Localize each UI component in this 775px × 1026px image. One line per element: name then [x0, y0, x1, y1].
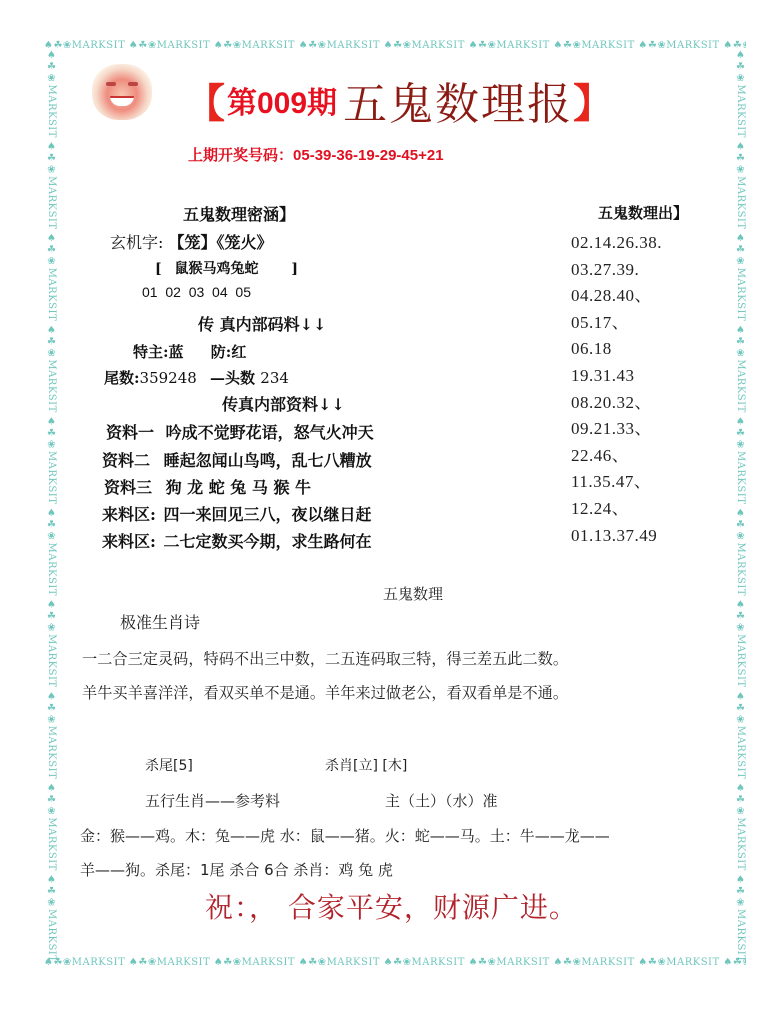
number-list-item: 19.31.43	[571, 363, 662, 390]
material-label: 资料一	[106, 423, 154, 442]
material-row: 来料区: 二七定数买今期，求生路何在	[102, 529, 372, 552]
title-bracket-right: 】	[573, 72, 613, 129]
publication-name: 五鬼数理报	[343, 68, 573, 132]
number-list-item: 01.13.37.49	[571, 523, 662, 550]
head-label: —头数	[210, 369, 255, 387]
poem-subheading: 极准生肖诗	[120, 610, 200, 633]
number-list-item: 04.28.40、	[571, 283, 662, 310]
blessing: 祝：， 合家平安，财源广进。	[205, 886, 578, 926]
avatar-icon	[92, 64, 152, 120]
decorative-border-right: ♠☘❀MARKSIT ♠☘❀MARKSIT ♠☘❀MARKSIT ♠☘❀MARK…	[733, 50, 747, 960]
material-row: 资料三 狗 龙 蛇 兔 马 猴 牛	[104, 475, 311, 498]
elements-line-2: 羊——狗。杀尾：1尾 杀合 6合 杀肖：鸡 兔 虎	[80, 859, 393, 880]
five-elements-title: 五行生肖——参考料	[145, 790, 280, 811]
tail-head-line: 尾数:359248 —头数 234	[104, 367, 289, 388]
number-list-item: 03.27.39.	[571, 257, 662, 284]
special-line: 特主:蓝 防:红	[133, 341, 246, 362]
tail-value: 359248	[140, 369, 197, 387]
zodiac-list: 鼠猴马鸡兔蛇	[175, 261, 259, 277]
number-list-item: 08.20.32、	[571, 390, 662, 417]
number-list: 02.14.26.38. 03.27.39. 04.28.40、 05.17、 …	[571, 230, 662, 549]
avatar-eye-left	[106, 82, 116, 86]
number-list-item: 09.21.33、	[571, 416, 662, 443]
material-row: 来料区: 四一来回见三八，夜以继日赶	[102, 502, 372, 525]
mystery-word-line: 玄机字: 【笼】《笼火》	[110, 230, 273, 253]
head-value: 234	[260, 369, 289, 387]
poem-line-2: 羊牛买羊喜洋洋，看双买单不是通。羊年来过做老公，看双看单是不通。	[82, 682, 568, 703]
fax-info-title: 传真内部资料↓↓	[222, 392, 345, 415]
left-section-title: 五鬼数理密涵】	[183, 202, 295, 225]
mystery-value: 【笼】《笼火》	[169, 233, 273, 252]
special-main-value: 蓝	[169, 343, 184, 361]
material-row: 资料一 吟成不觉野花语，怒气火冲天	[106, 420, 374, 443]
material-text: 二七定数买今期，求生路何在	[164, 532, 372, 551]
title-bracket-left: 【	[185, 72, 225, 129]
mystery-label: 玄机字:	[110, 233, 163, 252]
last-draw-label: 上期开奖号码：	[188, 147, 293, 164]
poem-heading: 五鬼数理	[383, 583, 443, 604]
special-main-label: 特主:	[133, 343, 169, 361]
avatar-mouth	[110, 96, 134, 106]
material-text: 狗 龙 蛇 兔 马 猴 牛	[166, 478, 311, 497]
zodiac-bracket-open: [	[155, 261, 162, 277]
elements-line-1: 金：猴——鸡。木：兔——虎 水：鼠——猪。火：蛇——马。土：牛——龙——	[80, 825, 610, 846]
zodiac-group: [ 鼠猴马鸡兔蛇 ]	[155, 258, 298, 278]
material-label: 资料二	[102, 451, 150, 470]
main-element: 主（土）（水）准	[385, 790, 498, 811]
avatar-eye-right	[128, 82, 138, 86]
material-row: 资料二 睡起忽闻山鸟鸣，乱七八糟放	[102, 448, 372, 471]
zodiac-bracket-close: ]	[291, 261, 298, 277]
last-draw-line: 上期开奖号码：05-39-36-19-29-45+21	[188, 144, 444, 165]
decorative-border-top: ♠☘❀MARKSIT ♠☘❀MARKSIT ♠☘❀MARKSIT ♠☘❀MARK…	[44, 39, 746, 53]
kill-tail: 杀尾[5]	[145, 755, 193, 775]
material-label: 资料三	[104, 478, 152, 497]
number-list-item: 22.46、	[571, 443, 662, 470]
decorative-border-bottom: ♠☘❀MARKSIT ♠☘❀MARKSIT ♠☘❀MARKSIT ♠☘❀MARK…	[44, 956, 746, 970]
issue-number: 第009期	[227, 78, 337, 122]
number-list-item: 05.17、	[571, 310, 662, 337]
material-text: 四一来回见三八，夜以继日赶	[164, 505, 372, 524]
fax-code-title: 传 真内部码料↓↓	[198, 312, 326, 335]
number-list-item: 12.24、	[571, 496, 662, 523]
zodiac-numbers: 01 02 03 04 05	[142, 284, 251, 300]
page-title: 【 第009期 五鬼数理报 】	[185, 72, 613, 128]
number-list-item: 06.18	[571, 336, 662, 363]
number-list-item: 02.14.26.38.	[571, 230, 662, 257]
guard-value: 红	[231, 343, 246, 361]
kill-zodiac: 杀肖[立] [木]	[325, 755, 407, 775]
material-label: 来料区:	[102, 532, 156, 551]
decorative-border-left: ♠☘❀MARKSIT ♠☘❀MARKSIT ♠☘❀MARKSIT ♠☘❀MARK…	[44, 50, 58, 960]
number-list-item: 11.35.47、	[571, 469, 662, 496]
poem-line-1: 一二合三定灵码，特码不出三中数，二五连码取三特，得三差五此二数。	[82, 648, 568, 669]
guard-label: 防:	[211, 343, 232, 361]
material-text: 吟成不觉野花语，怒气火冲天	[166, 423, 374, 442]
material-text: 睡起忽闻山鸟鸣，乱七八糟放	[164, 451, 372, 470]
right-section-title: 五鬼数理出】	[598, 202, 688, 223]
tail-label: 尾数:	[104, 369, 140, 387]
last-draw-numbers: 05-39-36-19-29-45+21	[293, 147, 444, 164]
material-label: 来料区:	[102, 505, 156, 524]
